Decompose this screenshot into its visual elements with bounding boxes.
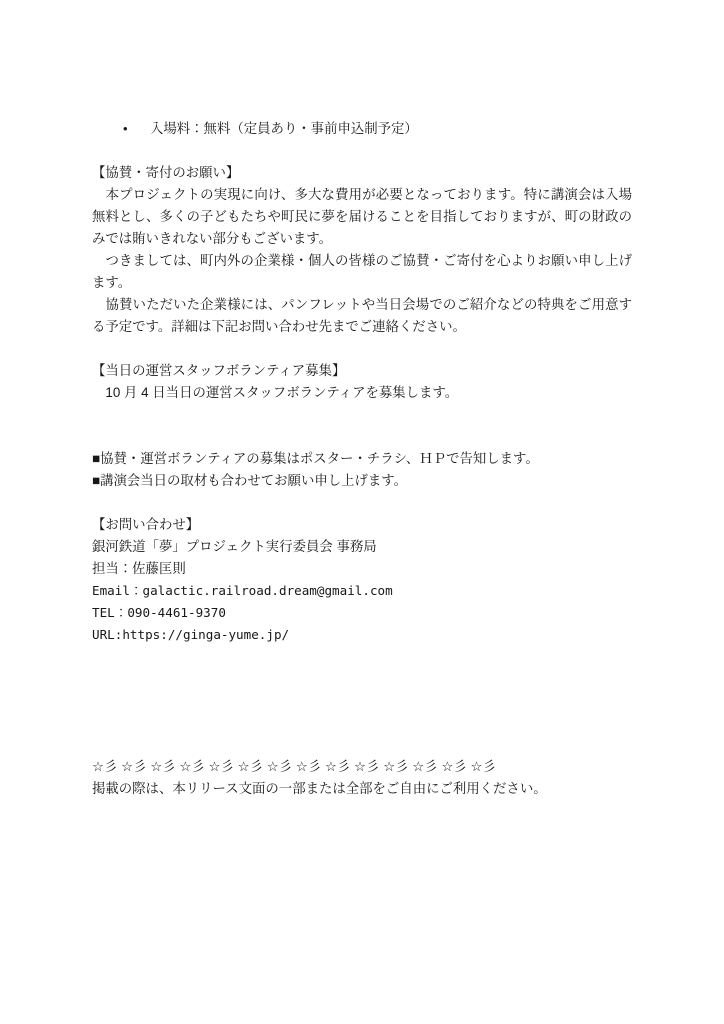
contact-tel: TEL：090-4461-9370 bbox=[92, 602, 632, 624]
section-footer: ☆彡 ☆彡 ☆彡 ☆彡 ☆彡 ☆彡 ☆彡 ☆彡 ☆彡 ☆彡 ☆彡 ☆彡 ☆彡 ☆… bbox=[92, 756, 632, 800]
contact-organization: 銀河鉄道「夢」プロジェクト実行委員会 事務局 bbox=[92, 536, 632, 558]
section-heading-sponsorship: 【協賛・寄付のお願い】 bbox=[92, 162, 632, 184]
volunteer-paragraph: 10 月 4 日当日の運営スタッフボランティアを募集します。 bbox=[92, 382, 632, 404]
section-heading-contact: 【お問い合わせ】 bbox=[92, 514, 632, 536]
bullet-icon: • bbox=[123, 118, 128, 140]
section-volunteer-recruitment: 【当日の運営スタッフボランティア募集】 10 月 4 日当日の運営スタッフボラン… bbox=[92, 360, 632, 404]
press-release-body: • 入場料：無料（定員あり・事前申込制予定） 【協賛・寄付のお願い】 本プロジェ… bbox=[92, 118, 632, 800]
list-item-text: 入場料：無料（定員あり・事前申込制予定） bbox=[150, 121, 418, 136]
contact-email: Email：galactic.railroad.dream@gmail.com bbox=[92, 580, 632, 602]
document-page: • 入場料：無料（定員あり・事前申込制予定） 【協賛・寄付のお願い】 本プロジェ… bbox=[0, 0, 724, 1024]
section-media-notes: ■協賛・運営ボランティアの募集はポスター・チラシ、ＨＰで告知します。 ■講演会当… bbox=[92, 448, 632, 492]
note-announcement: ■協賛・運営ボランティアの募集はポスター・チラシ、ＨＰで告知します。 bbox=[92, 448, 632, 470]
note-press-coverage: ■講演会当日の取材も合わせてお願い申し上げます。 bbox=[92, 470, 632, 492]
section-contact: 【お問い合わせ】 銀河鉄道「夢」プロジェクト実行委員会 事務局 担当：佐藤匡則 … bbox=[92, 514, 632, 646]
section-heading-volunteer: 【当日の運営スタッフボランティア募集】 bbox=[92, 360, 632, 382]
sponsorship-paragraph-1: 本プロジェクトの実現に向け、多大な費用が必要となっております。特に講演会は入場無… bbox=[92, 184, 632, 250]
sponsorship-paragraph-2: つきましては、町内外の企業様・個人の皆様のご協賛・ご寄付を心よりお願い申し上げま… bbox=[92, 250, 632, 294]
section-sponsorship-request: 【協賛・寄付のお願い】 本プロジェクトの実現に向け、多大な費用が必要となっており… bbox=[92, 162, 632, 338]
list-item-admission-fee: • 入場料：無料（定員あり・事前申込制予定） bbox=[92, 118, 632, 140]
contact-url: URL:https://ginga-yume.jp/ bbox=[92, 624, 632, 646]
contact-person: 担当：佐藤匡則 bbox=[92, 558, 632, 580]
sponsorship-paragraph-3: 協賛いただいた企業様には、パンフレットや当日会場でのご紹介などの特典をご用意する… bbox=[92, 294, 632, 338]
footer-usage-note: 掲載の際は、本リリース文面の一部または全部をご自由にご利用ください。 bbox=[92, 778, 632, 800]
star-divider: ☆彡 ☆彡 ☆彡 ☆彡 ☆彡 ☆彡 ☆彡 ☆彡 ☆彡 ☆彡 ☆彡 ☆彡 ☆彡 ☆… bbox=[92, 756, 632, 778]
